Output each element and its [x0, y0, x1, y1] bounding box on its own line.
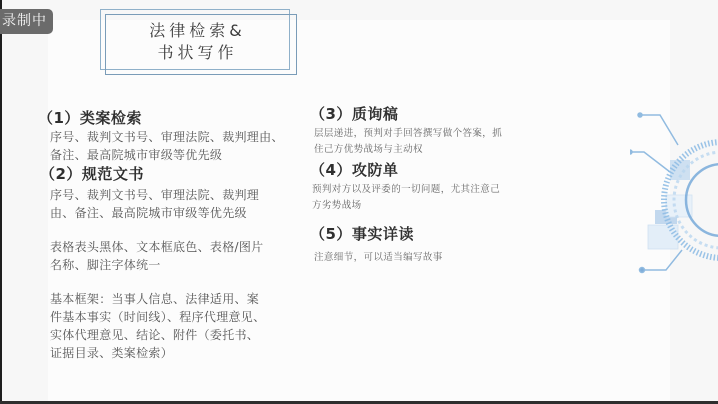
section-body: 注意细节，可以适当编写故事 [310, 250, 580, 266]
section-standard-docs: （2）规范文书 序号、裁判文书号、审理法院、裁判理 由、备注、最高院城市审级等优… [40, 164, 300, 222]
section-offense-defense: （4）攻防单 预判对方以及评委的一切问题，尤其注意己 方劣势战场 [310, 160, 580, 214]
body-line: 由、备注、最高院城市审级等优先级 [50, 204, 300, 222]
section-cross-exam: （3）质询稿 层层递进，预判对手回答撰写做个答案，抓 住己方优势战场与主动权 [310, 104, 580, 158]
recording-badge[interactable]: 录制中 [0, 9, 53, 34]
recording-label: 录制中 [2, 13, 47, 29]
body-line: 序号、裁判文书号、审理法院、裁判理由、 [50, 128, 298, 146]
section-body: 层层递进，预判对手回答撰写做个答案，抓 住己方优势战场与主动权 [310, 126, 580, 158]
body-line: 住己方优势战场与主动权 [314, 142, 580, 158]
body-line: 方劣势战场 [312, 198, 580, 214]
body-line: 证据目录、类案检索） [50, 344, 300, 362]
title-line-1: 法律检索& [105, 20, 290, 42]
section-body: 序号、裁判文书号、审理法院、裁判理由、 备注、最高院城市审级等优先级 [38, 128, 298, 164]
slide-title: 法律检索& 书状写作 [105, 20, 290, 64]
section-title: （3）质询稿 [310, 104, 580, 124]
section-case-search: （1）类案检索 序号、裁判文书号、审理法院、裁判理由、 备注、最高院城市审级等优… [38, 108, 298, 164]
section-fact-reading: （5）事实详读 注意细节，可以适当编写故事 [310, 224, 580, 266]
section-title: （2）规范文书 [40, 164, 300, 184]
body-line: 名称、脚注字体统一 [50, 256, 300, 274]
section-body: 预判对方以及评委的一切问题，尤其注意己 方劣势战场 [310, 182, 580, 214]
section-body: 序号、裁判文书号、审理法院、裁判理 由、备注、最高院城市审级等优先级 [40, 186, 300, 222]
body-line: 表格表头黑体、文本框底色、表格/图片 [50, 238, 300, 256]
body-line: 件基本事实（时间线）、程序代理意见、 [50, 308, 300, 326]
section-title: （4）攻防单 [310, 160, 580, 180]
title-line-2: 书状写作 [105, 42, 290, 64]
section-title: （1）类案检索 [38, 108, 298, 128]
body-line: 基本框架：当事人信息、法律适用、案 [50, 290, 300, 308]
body-line: 注意细节，可以适当编写故事 [314, 250, 580, 266]
section-title: （5）事实详读 [310, 224, 580, 244]
window-edge [0, 0, 2, 404]
format-note: 表格表头黑体、文本框底色、表格/图片 名称、脚注字体统一 [50, 238, 300, 274]
body-line: 层层递进，预判对手回答撰写做个答案，抓 [314, 126, 580, 142]
framework-note: 基本框架：当事人信息、法律适用、案 件基本事实（时间线）、程序代理意见、 实体代… [50, 290, 300, 362]
tech-circuit-icon [630, 100, 718, 280]
body-line: 实体代理意见、结论、附件（委托书、 [50, 326, 300, 344]
body-line: 序号、裁判文书号、审理法院、裁判理 [50, 186, 300, 204]
body-line: 预判对方以及评委的一切问题，尤其注意己 [312, 182, 580, 198]
body-line: 备注、最高院城市审级等优先级 [50, 146, 298, 164]
